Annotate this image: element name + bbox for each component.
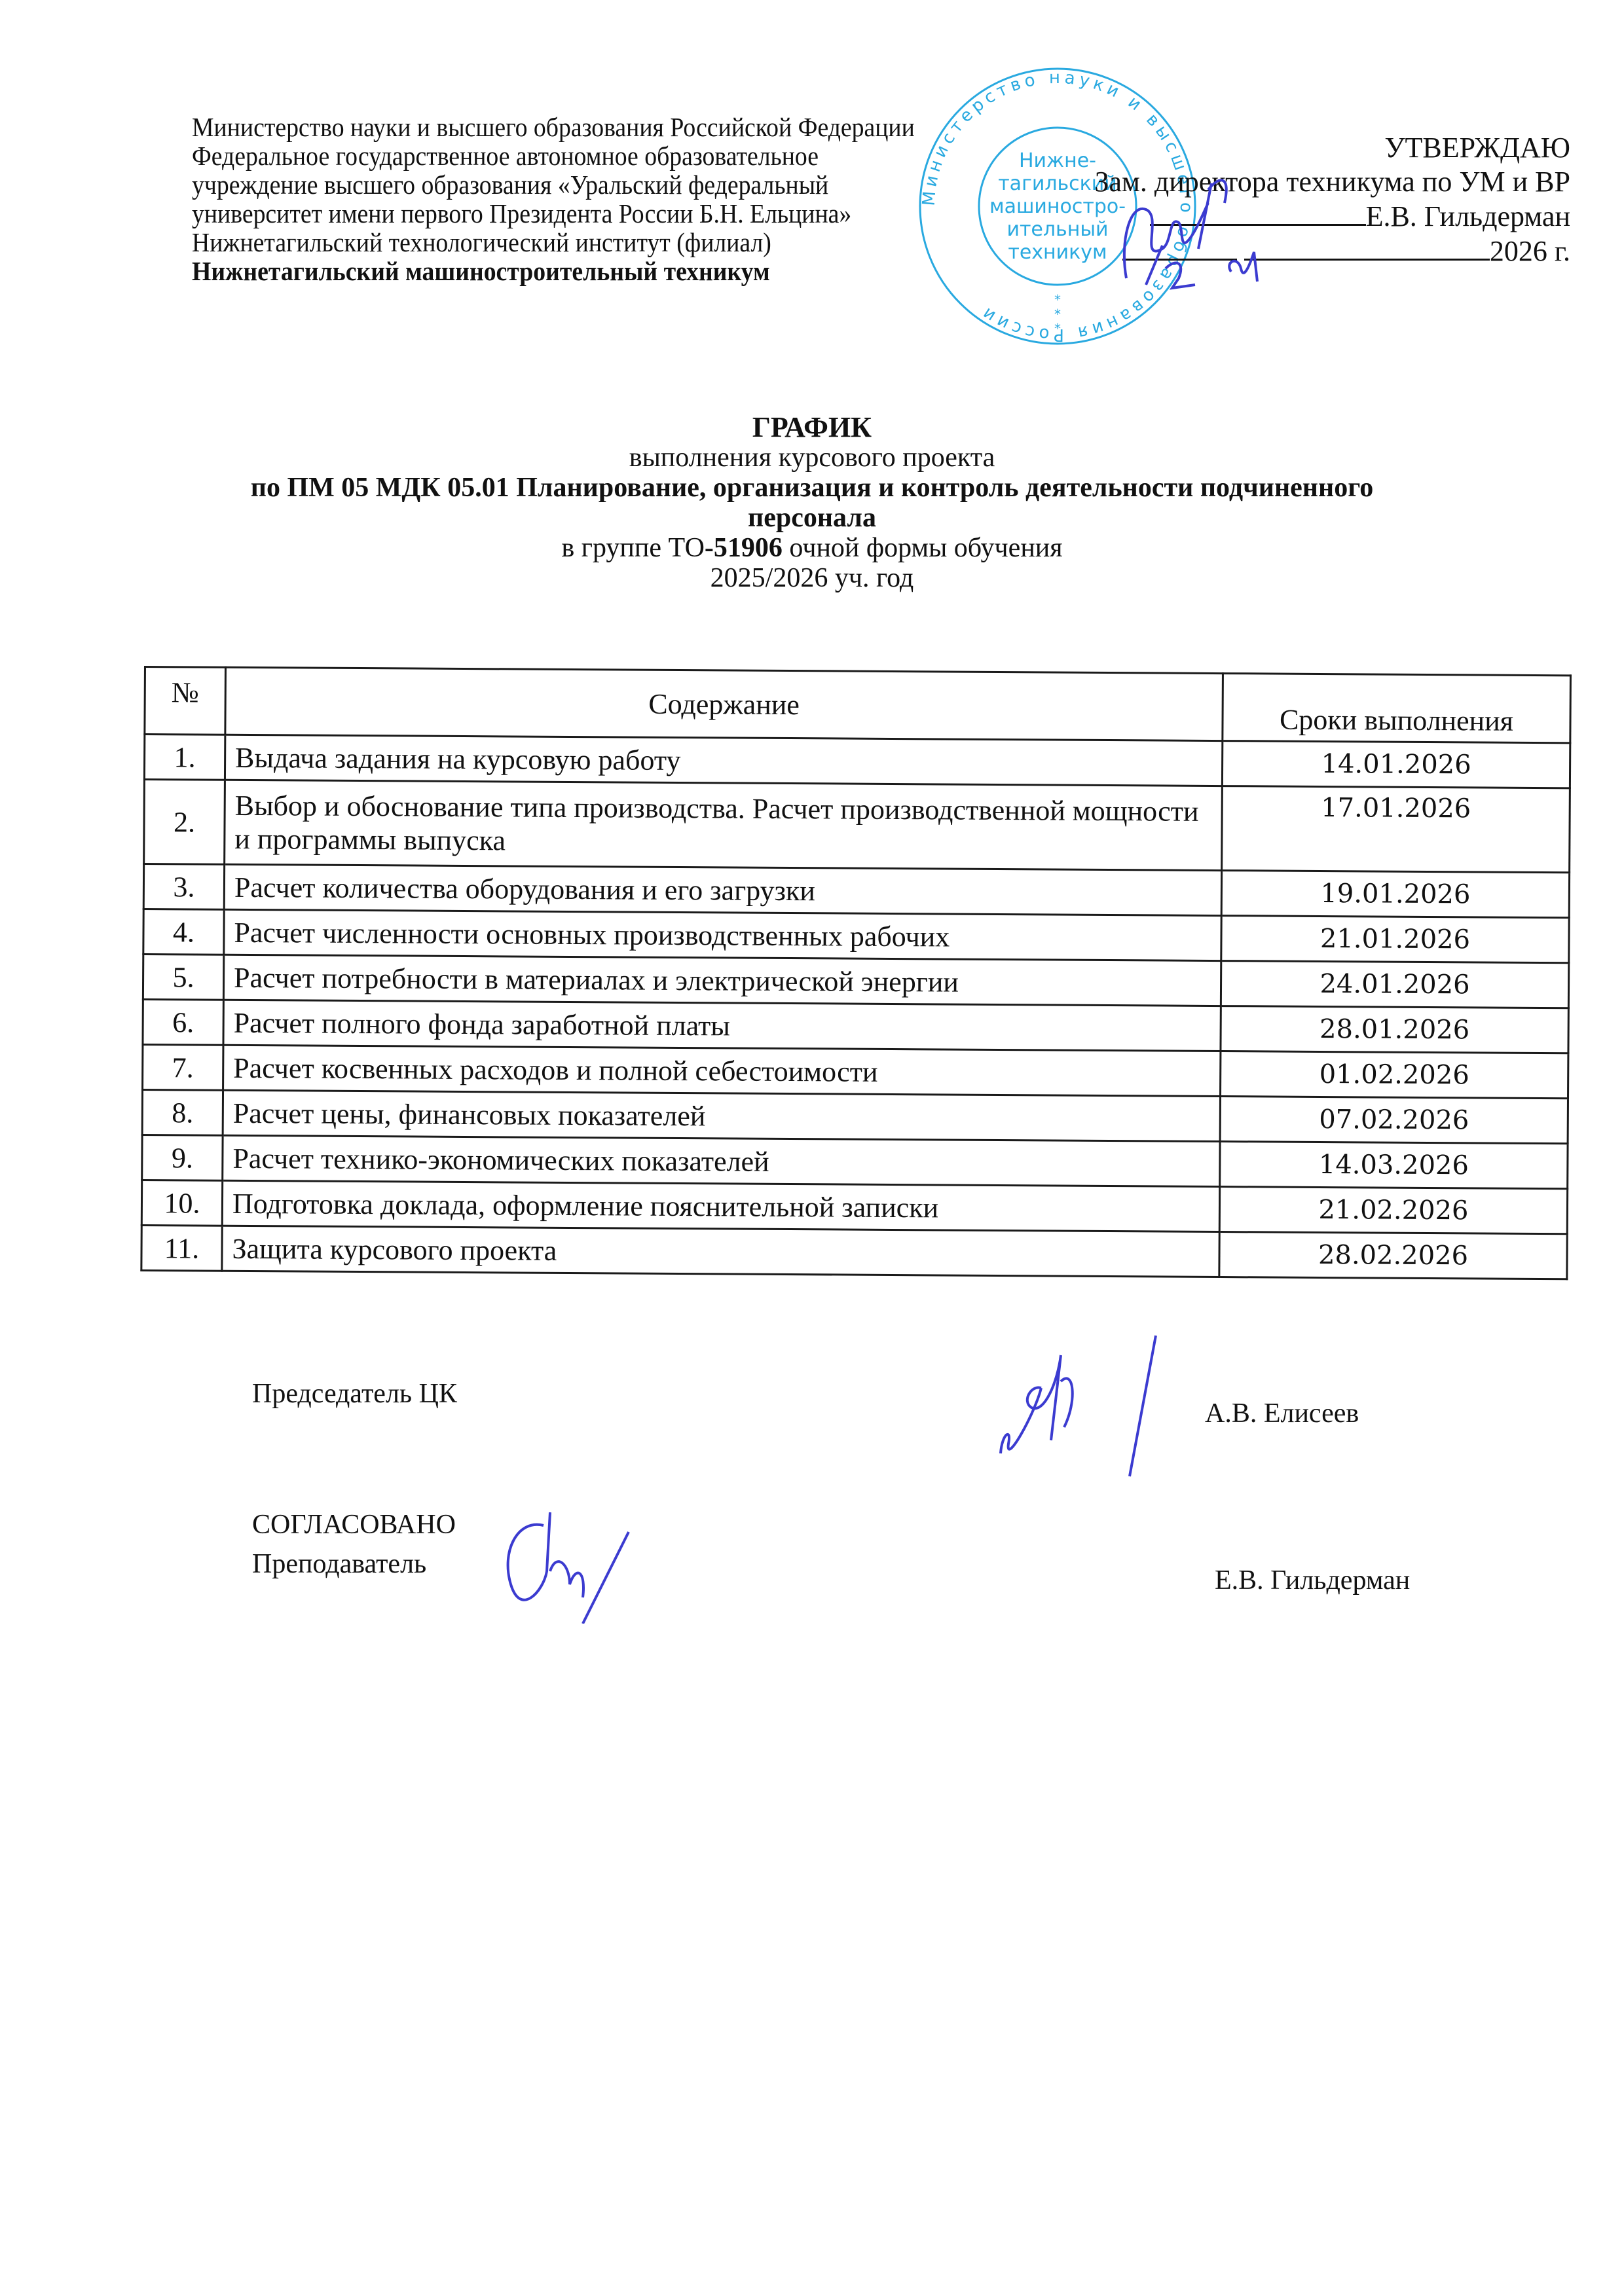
row-content: Подготовка доклада, оформление пояснител… xyxy=(222,1180,1219,1231)
chair-signature-icon xyxy=(995,1329,1166,1499)
table-row: 2.Выбор и обоснование типа производства.… xyxy=(144,780,1570,873)
row-deadline: 01.02.2026 xyxy=(1221,1051,1568,1099)
org-line: учреждение высшего образования «Уральски… xyxy=(192,170,915,199)
row-deadline: 21.01.2026 xyxy=(1221,916,1569,963)
teacher-name: Е.В. Гильдерман xyxy=(1215,1565,1410,1596)
row-deadline: 24.01.2026 xyxy=(1221,961,1568,1008)
title-line2: по ПМ 05 МДК 05.01 Планирование, организ… xyxy=(0,473,1624,503)
col-header-content: Содержание xyxy=(225,667,1223,740)
organization-header: Министерство науки и высшего образования… xyxy=(192,113,915,285)
title-line3: персонала xyxy=(0,503,1624,533)
table-row: 7.Расчет косвенных расходов и полной себ… xyxy=(143,1044,1568,1098)
row-number: 11. xyxy=(141,1225,222,1271)
approval-title: УТВЕРЖДАЮ xyxy=(1094,131,1570,165)
table-row: 11.Защита курсового проекта28.02.2026 xyxy=(141,1225,1567,1279)
org-line: Федеральное государственное автономное о… xyxy=(192,141,915,170)
handwritten-date-icon xyxy=(1133,232,1277,298)
row-number: 5. xyxy=(143,955,223,1000)
org-line-technikum: Нижнетагильский машиностроительный техни… xyxy=(192,257,915,285)
schedule-table: № Содержание Сроки выполнения 1.Выдача з… xyxy=(140,666,1572,1280)
col-header-number: № xyxy=(145,667,226,735)
table-header-row: № Содержание Сроки выполнения xyxy=(145,667,1571,743)
table-row: 3.Расчет количества оборудования и его з… xyxy=(143,864,1569,918)
table-row: 4.Расчет численности основных производст… xyxy=(143,909,1569,963)
row-content: Расчет косвенных расходов и полной себес… xyxy=(223,1045,1221,1096)
row-number: 10. xyxy=(141,1180,222,1226)
row-number: 9. xyxy=(142,1135,223,1180)
row-number: 2. xyxy=(144,780,225,865)
table-row: 8.Расчет цены, финансовых показателей07.… xyxy=(142,1089,1568,1143)
row-deadline: 21.02.2026 xyxy=(1219,1187,1567,1234)
svg-text:*: * xyxy=(1054,306,1061,322)
row-number: 3. xyxy=(143,864,224,910)
row-number: 1. xyxy=(144,735,225,780)
row-content: Расчет технико-экономических показателей xyxy=(223,1135,1220,1186)
table-row: 6.Расчет полного фонда заработной платы2… xyxy=(143,999,1568,1053)
row-content: Защита курсового проекта xyxy=(222,1226,1219,1277)
row-number: 6. xyxy=(143,999,223,1045)
document-title: ГРАФИК выполнения курсового проекта по П… xyxy=(0,412,1624,593)
row-deadline: 28.02.2026 xyxy=(1219,1232,1567,1279)
table-row: 10.Подготовка доклада, оформление поясни… xyxy=(141,1180,1567,1233)
study-form: очной формы обучения xyxy=(783,533,1063,563)
chair-label: Председатель ЦК xyxy=(252,1378,457,1410)
row-number: 4. xyxy=(143,909,224,955)
row-number: 8. xyxy=(142,1089,223,1135)
row-content: Расчет потребности в материалах и электр… xyxy=(223,955,1221,1006)
table-row: 1.Выдача задания на курсовую работу14.01… xyxy=(144,735,1570,788)
svg-text:*: * xyxy=(1054,292,1061,308)
svg-text:Нижне-: Нижне- xyxy=(1019,149,1096,172)
title-heading: ГРАФИК xyxy=(0,412,1624,443)
row-deadline: 28.01.2026 xyxy=(1221,1006,1568,1053)
row-content: Расчет цены, финансовых показателей xyxy=(223,1090,1220,1141)
table-row: 9.Расчет технико-экономических показател… xyxy=(142,1135,1568,1188)
title-line1: выполнения курсового проекта xyxy=(0,443,1624,473)
row-deadline: 14.01.2026 xyxy=(1222,741,1570,788)
approval-name: Е.В. Гильдерман xyxy=(1366,200,1570,232)
col-header-deadline: Сроки выполнения xyxy=(1223,674,1571,743)
svg-text:техникум: техникум xyxy=(1008,241,1107,264)
org-line: университет имени первого Президента Рос… xyxy=(192,199,915,228)
table-row: 5.Расчет потребности в материалах и элек… xyxy=(143,955,1568,1008)
org-line: Министерство науки и высшего образования… xyxy=(192,113,915,141)
title-academic-year: 2025/2026 уч. год xyxy=(0,563,1624,593)
agreed-label: СОГЛАСОВАНО xyxy=(252,1509,456,1540)
svg-text:*: * xyxy=(1054,321,1061,337)
group-prefix: в группе ТО xyxy=(561,533,705,563)
svg-text:ительный: ительный xyxy=(1006,218,1108,241)
row-content: Расчет численности основных производстве… xyxy=(224,909,1221,960)
row-number: 7. xyxy=(143,1044,223,1090)
approval-year: 2026 г. xyxy=(1490,235,1570,267)
row-content: Выдача задания на курсовую работу xyxy=(225,735,1222,786)
row-content: Расчет количества оборудования и его заг… xyxy=(224,864,1221,915)
teacher-signature-icon xyxy=(471,1493,707,1624)
group-number: -51906 xyxy=(705,533,783,563)
row-deadline: 19.01.2026 xyxy=(1221,871,1569,918)
chair-name: А.В. Елисеев xyxy=(1205,1398,1359,1429)
row-deadline: 14.03.2026 xyxy=(1220,1142,1568,1189)
title-line4: в группе ТО-51906 очной формы обучения xyxy=(0,533,1624,563)
row-deadline: 17.01.2026 xyxy=(1222,786,1570,873)
org-line: Нижнетагильский технологический институт… xyxy=(192,228,915,257)
row-content: Выбор и обоснование типа производства. Р… xyxy=(225,780,1223,870)
row-content: Расчет полного фонда заработной платы xyxy=(223,1000,1221,1051)
teacher-label: Преподаватель xyxy=(252,1548,426,1580)
row-deadline: 07.02.2026 xyxy=(1220,1097,1568,1144)
